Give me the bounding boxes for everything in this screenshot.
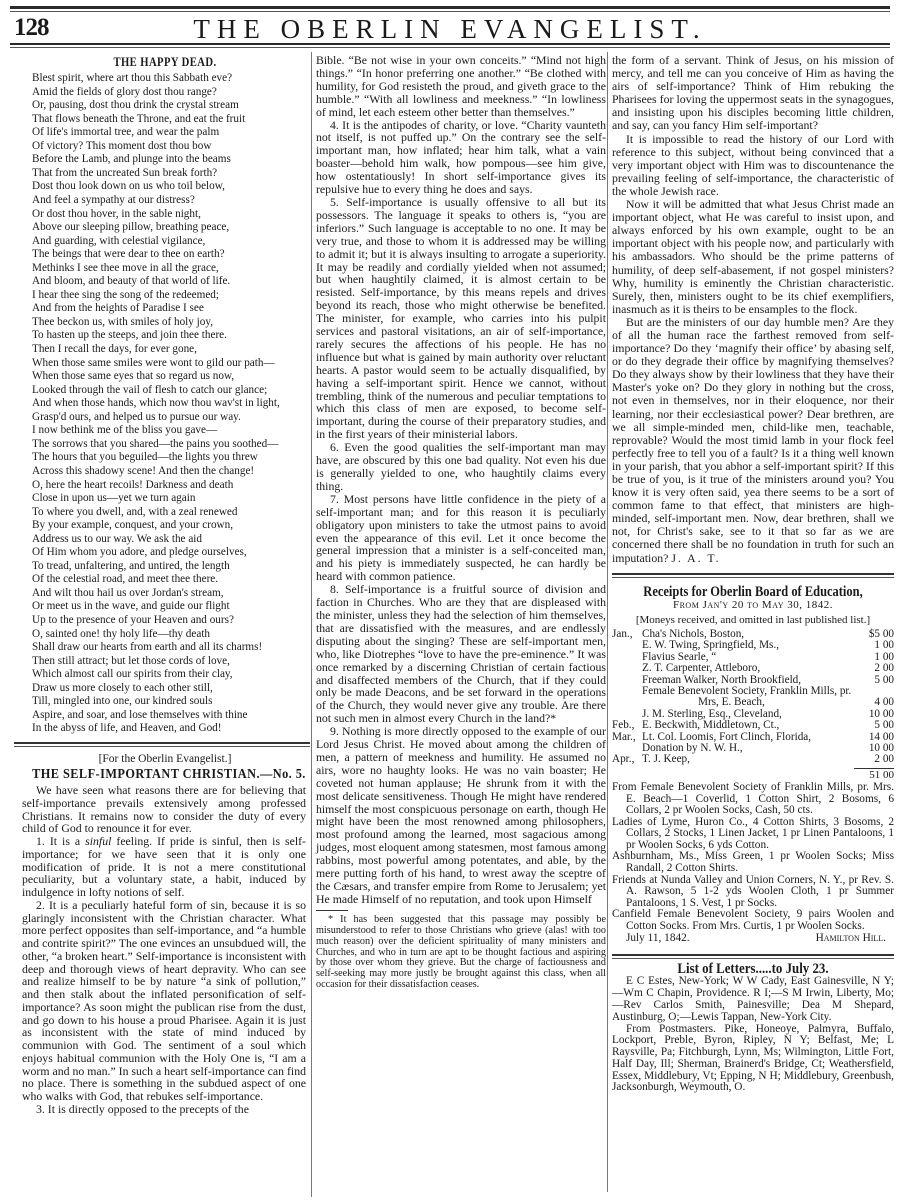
- paragraph: 6. Even the good qualities the self-impo…: [316, 441, 606, 493]
- poem-line: Dost thou look down on us who toil below…: [32, 180, 306, 194]
- receipt-month: [612, 675, 642, 686]
- paragraph: From Postmasters. Pike, Honeoye, Palmyra…: [612, 1024, 894, 1095]
- poem-line: Which almost call our spirits from their…: [32, 668, 306, 682]
- goods-list: From Female Benevolent Society of Frankl…: [612, 782, 894, 933]
- receipt-month: Jan.,: [612, 629, 642, 640]
- poem-line: By your example, conquest, and your crow…: [32, 519, 306, 533]
- receipt-month: Apr.,: [612, 754, 642, 765]
- receipt-row: Feb.,E. Beckwith, Middletown, Ct.,5 00: [612, 720, 894, 731]
- poem-line: Of life's immortal tree, and wear the pa…: [32, 126, 306, 140]
- receipt-amount: 2 00: [852, 663, 894, 674]
- poem-line: And feel a sympathy at our distress?: [32, 194, 306, 208]
- section-divider: [612, 573, 894, 578]
- paragraph-text: But are the ministers of our day humble …: [612, 315, 894, 565]
- poem-line: Draw us more closely to each other still…: [32, 682, 306, 696]
- poem-line: Shall draw our hearts from earth and all…: [32, 641, 306, 655]
- poem-line: And from the heights of Paradise I see: [32, 302, 306, 316]
- poem-line: To where you dwell, and, with a zeal ren…: [32, 506, 306, 520]
- column-3: the form of a servant. Think of Jesus, o…: [612, 54, 894, 1094]
- receipt-donor: T. J. Keep,: [642, 754, 852, 765]
- poem-line: Aspire, and soar, and lose themselves wi…: [32, 709, 306, 723]
- poem-line: When those same smiles were wont to gild…: [32, 357, 306, 371]
- masthead-rule-thin: [10, 47, 890, 48]
- newspaper-title: THE OBERLIN EVANGELIST.: [10, 14, 890, 45]
- receipts-table: Jan.,Cha's Nichols, Boston,$5 00E. W. Tw…: [612, 629, 894, 766]
- section-divider: [14, 742, 310, 747]
- paragraph: But are the ministers of our day humble …: [612, 316, 894, 565]
- top-rule: [10, 6, 890, 9]
- paragraph: 3. It is directly opposed to the precept…: [22, 1103, 306, 1116]
- poem-line: O, sainted one! thy holy life—thy death: [32, 628, 306, 642]
- receipt-month: [612, 640, 642, 651]
- poem-line: Address us to our way. We ask the aid: [32, 533, 306, 547]
- poem-line: Of Him whom you adore, and pledge oursel…: [32, 546, 306, 560]
- paragraph: Now it will be admitted that what Jesus …: [612, 198, 894, 316]
- poem-line: Then still attract; but let those cords …: [32, 655, 306, 669]
- paragraph: We have seen what reasons there are for …: [22, 784, 306, 835]
- section-divider: [612, 954, 894, 959]
- article-source: [For the Oberlin Evangelist.]: [24, 753, 306, 766]
- paragraph: the form of a servant. Think of Jesus, o…: [612, 54, 894, 133]
- poem-line: Blest spirit, where art thou this Sabbat…: [32, 72, 306, 86]
- poem-line: Or meet us in the wave, and guide our fl…: [32, 600, 306, 614]
- article-body-col1: We have seen what reasons there are for …: [22, 784, 306, 1116]
- poem-line: The hours that you beguiled—the lights y…: [32, 451, 306, 465]
- receipt-row: Apr.,T. J. Keep,2 00: [612, 754, 894, 765]
- poem-line: I hear thee sing the song of the redeeme…: [32, 289, 306, 303]
- poem-line: Before the Lamb, and plunge into the bea…: [32, 153, 306, 167]
- paragraph: 9. Nothing is more directly opposed to t…: [316, 725, 606, 906]
- receipt-month: Feb.,: [612, 720, 642, 731]
- receipts-title: Receipts for Oberlin Board of Education,: [632, 586, 875, 599]
- paragraph: 4. It is the antipodes of charity, or lo…: [316, 119, 606, 196]
- receipt-month: [612, 697, 642, 708]
- receipt-amount: 5 00: [852, 675, 894, 686]
- poem-body: Blest spirit, where art thou this Sabbat…: [32, 72, 306, 736]
- poem-line: Methinks I see thee move in all the grac…: [32, 262, 306, 276]
- poem-line: Or, pausing, dost thou drink the crystal…: [32, 99, 306, 113]
- footnote-rule: [316, 910, 348, 911]
- top-rule-thin: [10, 11, 890, 12]
- paragraph: Bible. “Be not wise in your own conceits…: [316, 54, 606, 119]
- column-divider: [311, 52, 312, 1197]
- receipt-month: [612, 663, 642, 674]
- poem-line: Up to the presence of your Heaven and ou…: [32, 614, 306, 628]
- poem-line: The beings that were dear to thee on ear…: [32, 248, 306, 262]
- poem-line: That flows beneath the Throne, and eat t…: [32, 113, 306, 127]
- receipt-amount: 5 00: [852, 720, 894, 731]
- poem-line: I now bethink me of the bliss you gave—: [32, 424, 306, 438]
- letters-body: E C Estes, New-York; W W Cady, East Gain…: [612, 976, 894, 1094]
- footnote: * It has been suggested that this passag…: [316, 915, 606, 991]
- receipts-date-line: July 11, 1842. Hamilton Hill.: [612, 933, 894, 945]
- poem-line: That from the uncreated Sun break forth?: [32, 167, 306, 181]
- poem-line: Thee beckon us, with smiles of holy joy,: [32, 316, 306, 330]
- goods-entry: Friends at Nunda Valley and Union Corner…: [612, 875, 894, 910]
- signature: J. A. T.: [671, 551, 730, 565]
- receipt-donor: Z. T. Carpenter, Attleboro,: [642, 663, 852, 674]
- poem-line: And guarding, with celestial vigilance,: [32, 235, 306, 249]
- receipt-row: Z. T. Carpenter, Attleboro,2 00: [612, 663, 894, 674]
- poem-line: Across this shadowy scene! And then the …: [32, 465, 306, 479]
- receipts-signer: Hamilton Hill.: [816, 933, 886, 945]
- poem-line: Or dost thou hover, in the sable night,: [32, 208, 306, 222]
- paragraph: It is impossible to read the history of …: [612, 133, 894, 198]
- poem-line: To tread, unfaltering, and untired, the …: [32, 560, 306, 574]
- poem-line: And bloom, and beauty of that world of l…: [32, 275, 306, 289]
- receipt-donor: E. Beckwith, Middletown, Ct.,: [642, 720, 852, 731]
- paragraph: 8. Self-importance is a fruitful source …: [316, 583, 606, 725]
- poem-line: Of victory? This moment dost thou bow: [32, 140, 306, 154]
- paragraph: 1. It is a sinful feeling. If pride is s…: [22, 835, 306, 899]
- letters-title: List of Letters.....to July 23.: [632, 963, 875, 976]
- poem-line: And wilt thou hail us over Jordan's stre…: [32, 587, 306, 601]
- poem-line: Above our sleeping pillow, breathing pea…: [32, 221, 306, 235]
- newspaper-page: 128 THE OBERLIN EVANGELIST. THE HAPPY DE…: [0, 0, 900, 1204]
- receipt-amount: 2 00: [852, 754, 894, 765]
- goods-entry: Ladies of Lyme, Huron Co., 4 Cotton Shir…: [612, 817, 894, 852]
- paragraph: E C Estes, New-York; W W Cady, East Gain…: [612, 976, 894, 1023]
- masthead-rule: [10, 43, 890, 45]
- poem-line: The sorrows that you shared—the pains yo…: [32, 438, 306, 452]
- poem-line: O, here the heart recoils! Darkness and …: [32, 479, 306, 493]
- goods-entry: Ashburnham, Ms., Miss Green, 1 pr Woolen…: [612, 851, 894, 874]
- paragraph: 2. It is a peculiarly hateful form of si…: [22, 899, 306, 1103]
- receipts-note: [Moneys received, and omitted in last pu…: [612, 614, 894, 627]
- paragraph: 7. Most persons have little confidence i…: [316, 493, 606, 583]
- receipts-total: 51 00: [612, 769, 894, 782]
- receipts-subtitle: From Jan'y 20 to May 30, 1842.: [612, 599, 894, 612]
- receipt-month: Mar.,: [612, 732, 642, 743]
- poem-title: THE HAPPY DEAD.: [45, 56, 285, 69]
- paragraph: 5. Self-importance is usually offensive …: [316, 196, 606, 441]
- goods-entry: Canfield Female Benevolent Society, 9 pa…: [612, 909, 894, 932]
- poem-line: When those same eyes that so regard us n…: [32, 370, 306, 384]
- poem-line: Grasp'd ours, and helped us to pursue ou…: [32, 411, 306, 425]
- receipt-month: [612, 686, 642, 697]
- column-1: THE HAPPY DEAD. Blest spirit, where art …: [24, 54, 306, 1116]
- poem-line: Then I recall the days, for ever gone,: [32, 343, 306, 357]
- poem-line: Looked through the vail of flesh to catc…: [32, 384, 306, 398]
- poem-line: Of the celestial road, and meet thee the…: [32, 573, 306, 587]
- column-divider: [607, 52, 608, 1192]
- masthead: 128 THE OBERLIN EVANGELIST.: [10, 14, 890, 42]
- poem-line: And when those hands, which now thou wav…: [32, 397, 306, 411]
- poem-line: Till, mingled into one, our kindred soul…: [32, 695, 306, 709]
- article-title: THE SELF-IMPORTANT CHRISTIAN.—No. 5.: [32, 768, 298, 781]
- poem-line: Amid the fields of glory dost thou range…: [32, 86, 306, 100]
- poem-line: Close in upon us—yet we turn again: [32, 492, 306, 506]
- goods-entry: From Female Benevolent Society of Frankl…: [612, 782, 894, 817]
- receipts-date: July 11, 1842.: [626, 932, 690, 944]
- receipt-month: [612, 652, 642, 663]
- poem-line: In the abyss of life, and Heaven, and Go…: [32, 722, 306, 736]
- column-2: Bible. “Be not wise in your own conceits…: [316, 54, 606, 991]
- poem-line: To hasten up the steeps, and join thee t…: [32, 329, 306, 343]
